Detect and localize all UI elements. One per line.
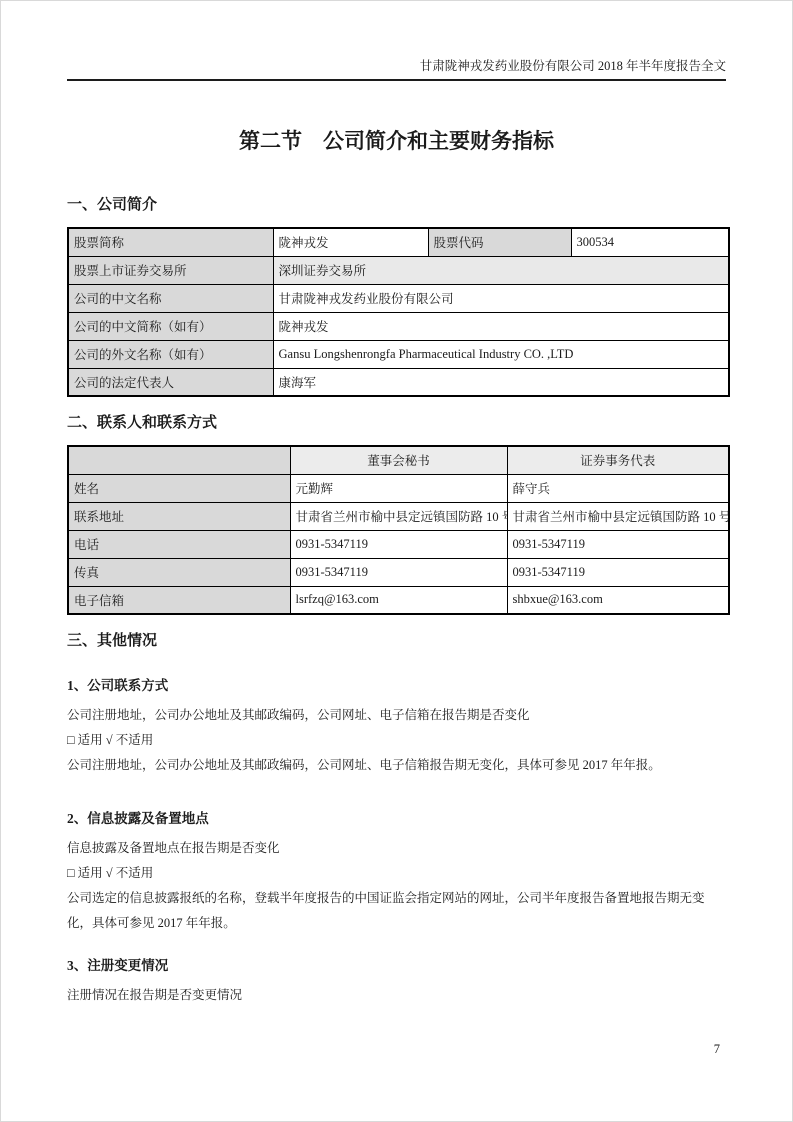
table-row: 电话 0931-5347119 0931-5347119 [68, 530, 729, 558]
section-heading-other: 三、其他情况 [67, 633, 726, 650]
representative-address: 甘肃省兰州市榆中县定远镇国防路 10 号 [507, 502, 729, 530]
legal-representative-label: 公司的法定代表人 [68, 368, 273, 396]
table-row: 股票简称 陇神戎发 股票代码 300534 [68, 228, 729, 256]
disclosure-answer: 公司选定的信息披露报纸的名称，登载半年度报告的中国证监会指定网站的网址，公司半年… [67, 886, 726, 936]
company-profile-table: 股票简称 陇神戎发 股票代码 300534 股票上市证券交易所 深圳证券交易所 … [67, 227, 730, 397]
section-heading-contacts: 二、联系人和联系方式 [67, 415, 726, 432]
board-secretary-header: 董事会秘书 [290, 446, 507, 474]
table-row: 公司的中文名称 甘肃陇神戎发药业股份有限公司 [68, 284, 729, 312]
stock-abbr-label: 股票简称 [68, 228, 273, 256]
stock-code-label: 股票代码 [428, 228, 571, 256]
contacts-table: 董事会秘书 证券事务代表 姓名 元勤辉 薛守兵 联系地址 甘肃省兰州市榆中县定远… [67, 445, 730, 615]
email-label: 电子信箱 [68, 586, 290, 614]
legal-representative-value: 康海军 [273, 368, 729, 396]
representative-email: shbxue@163.com [507, 586, 729, 614]
sub-heading-contact-method: 1、公司联系方式 [67, 678, 726, 694]
sub-heading-registration-change: 3、注册变更情况 [67, 958, 726, 974]
representative-fax: 0931-5347119 [507, 558, 729, 586]
name-label: 姓名 [68, 474, 290, 502]
phone-label: 电话 [68, 530, 290, 558]
table-row: 传真 0931-5347119 0931-5347119 [68, 558, 729, 586]
stock-abbr-value: 陇神戎发 [273, 228, 428, 256]
foreign-name-value: Gansu Longshenrongfa Pharmaceutical Indu… [273, 340, 729, 368]
chinese-abbr-value: 陇神戎发 [273, 312, 729, 340]
chinese-abbr-label: 公司的中文简称（如有） [68, 312, 273, 340]
stock-code-value: 300534 [571, 228, 729, 256]
registration-question: 注册情况在报告期是否变更情况 [67, 983, 726, 1008]
listing-exchange-label: 股票上市证券交易所 [68, 256, 273, 284]
disclosure-paragraphs: 信息披露及备置地点在报告期是否变化 □ 适用 √ 不适用 公司选定的信息披露报纸… [67, 836, 726, 936]
secretary-name: 元勤辉 [290, 474, 507, 502]
running-header: 甘肃陇神戎发药业股份有限公司 2018 年半年度报告全文 [67, 58, 726, 81]
secretary-phone: 0931-5347119 [290, 530, 507, 558]
foreign-name-label: 公司的外文名称（如有） [68, 340, 273, 368]
page-title: 第二节 公司简介和主要财务指标 [67, 126, 726, 156]
contact-method-paragraphs: 公司注册地址，公司办公地址及其邮政编码，公司网址、电子信箱在报告期是否变化 □ … [67, 703, 726, 778]
chinese-name-value: 甘肃陇神戎发药业股份有限公司 [273, 284, 729, 312]
disclosure-question: 信息披露及备置地点在报告期是否变化 [67, 836, 726, 861]
chinese-name-label: 公司的中文名称 [68, 284, 273, 312]
table-row: 公司的外文名称（如有） Gansu Longshenrongfa Pharmac… [68, 340, 729, 368]
representative-phone: 0931-5347119 [507, 530, 729, 558]
sub-heading-disclosure: 2、信息披露及备置地点 [67, 811, 726, 827]
secretary-address: 甘肃省兰州市榆中县定远镇国防路 10 号 [290, 502, 507, 530]
registration-paragraphs: 注册情况在报告期是否变更情况 [67, 983, 726, 1008]
address-label: 联系地址 [68, 502, 290, 530]
secretary-email: lsrfzq@163.com [290, 586, 507, 614]
page-number: 7 [714, 1042, 720, 1057]
disclosure-applicability: □ 适用 √ 不适用 [67, 861, 726, 886]
contact-method-applicability: □ 适用 √ 不适用 [67, 728, 726, 753]
contact-method-question: 公司注册地址，公司办公地址及其邮政编码，公司网址、电子信箱在报告期是否变化 [67, 703, 726, 728]
table-row: 姓名 元勤辉 薛守兵 [68, 474, 729, 502]
listing-exchange-value: 深圳证券交易所 [273, 256, 729, 284]
table-row: 联系地址 甘肃省兰州市榆中县定远镇国防路 10 号 甘肃省兰州市榆中县定远镇国防… [68, 502, 729, 530]
table-row: 公司的法定代表人 康海军 [68, 368, 729, 396]
report-page: 甘肃陇神戎发药业股份有限公司 2018 年半年度报告全文 第二节 公司简介和主要… [0, 0, 793, 1122]
secretary-fax: 0931-5347119 [290, 558, 507, 586]
contact-method-answer: 公司注册地址，公司办公地址及其邮政编码，公司网址、电子信箱报告期无变化，具体可参… [67, 753, 726, 778]
section-heading-company-profile: 一、公司简介 [67, 197, 726, 214]
representative-name: 薛守兵 [507, 474, 729, 502]
corner-cell [68, 446, 290, 474]
table-row: 公司的中文简称（如有） 陇神戎发 [68, 312, 729, 340]
fax-label: 传真 [68, 558, 290, 586]
securities-rep-header: 证券事务代表 [507, 446, 729, 474]
table-row: 董事会秘书 证券事务代表 [68, 446, 729, 474]
table-row: 股票上市证券交易所 深圳证券交易所 [68, 256, 729, 284]
table-row: 电子信箱 lsrfzq@163.com shbxue@163.com [68, 586, 729, 614]
